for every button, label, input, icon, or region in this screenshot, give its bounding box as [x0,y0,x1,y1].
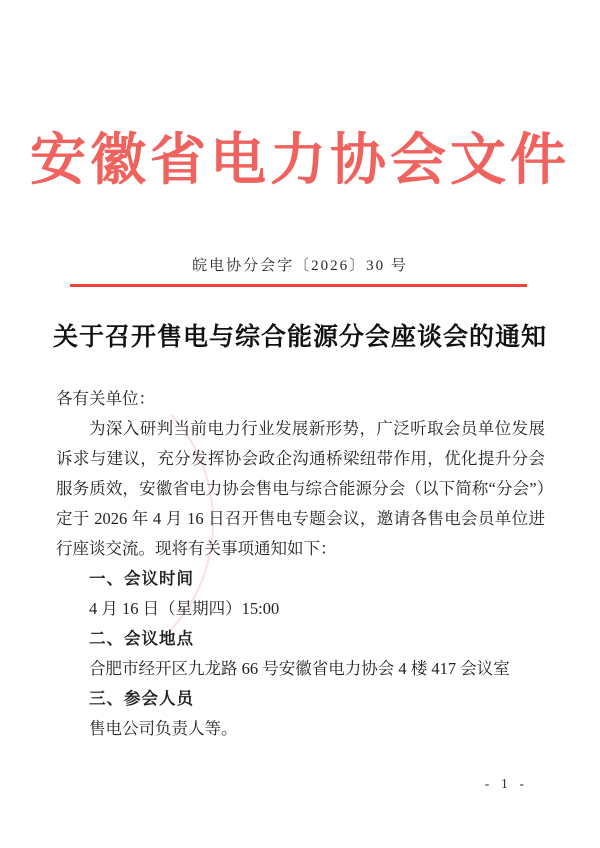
document-title: 关于召开售电与综合能源分会座谈会的通知 [0,320,600,356]
section-2-heading: 二、会议地点 [56,624,545,654]
section-3-content: 售电公司负责人等。 [56,714,545,744]
section-1-content: 4 月 16 日（星期四）15:00 [56,594,545,624]
document-body: 各有关单位： 为深入研判当前电力行业发展新形势，广泛听取会员单位发展诉求与建议，… [56,384,545,744]
document-page: 安徽省电力协会文件 皖电协分会字〔2026〕30 号 关于召开售电与综合能源分会… [0,0,600,848]
salutation: 各有关单位： [56,384,545,414]
section-3-heading: 三、参会人员 [56,684,545,714]
section-2-content: 合肥市经开区九龙路 66 号安徽省电力协会 4 楼 417 会议室 [56,654,545,684]
doc-reference-number: 皖电协分会字〔2026〕30 号 [0,255,600,277]
section-1-heading: 一、会议时间 [56,564,545,594]
intro-paragraph: 为深入研判当前电力行业发展新形势，广泛听取会员单位发展诉求与建议，充分发挥协会政… [56,414,545,564]
header-divider-line [70,284,527,287]
org-header-title: 安徽省电力协会文件 [0,128,600,194]
page-number: - 1 - [485,777,528,793]
